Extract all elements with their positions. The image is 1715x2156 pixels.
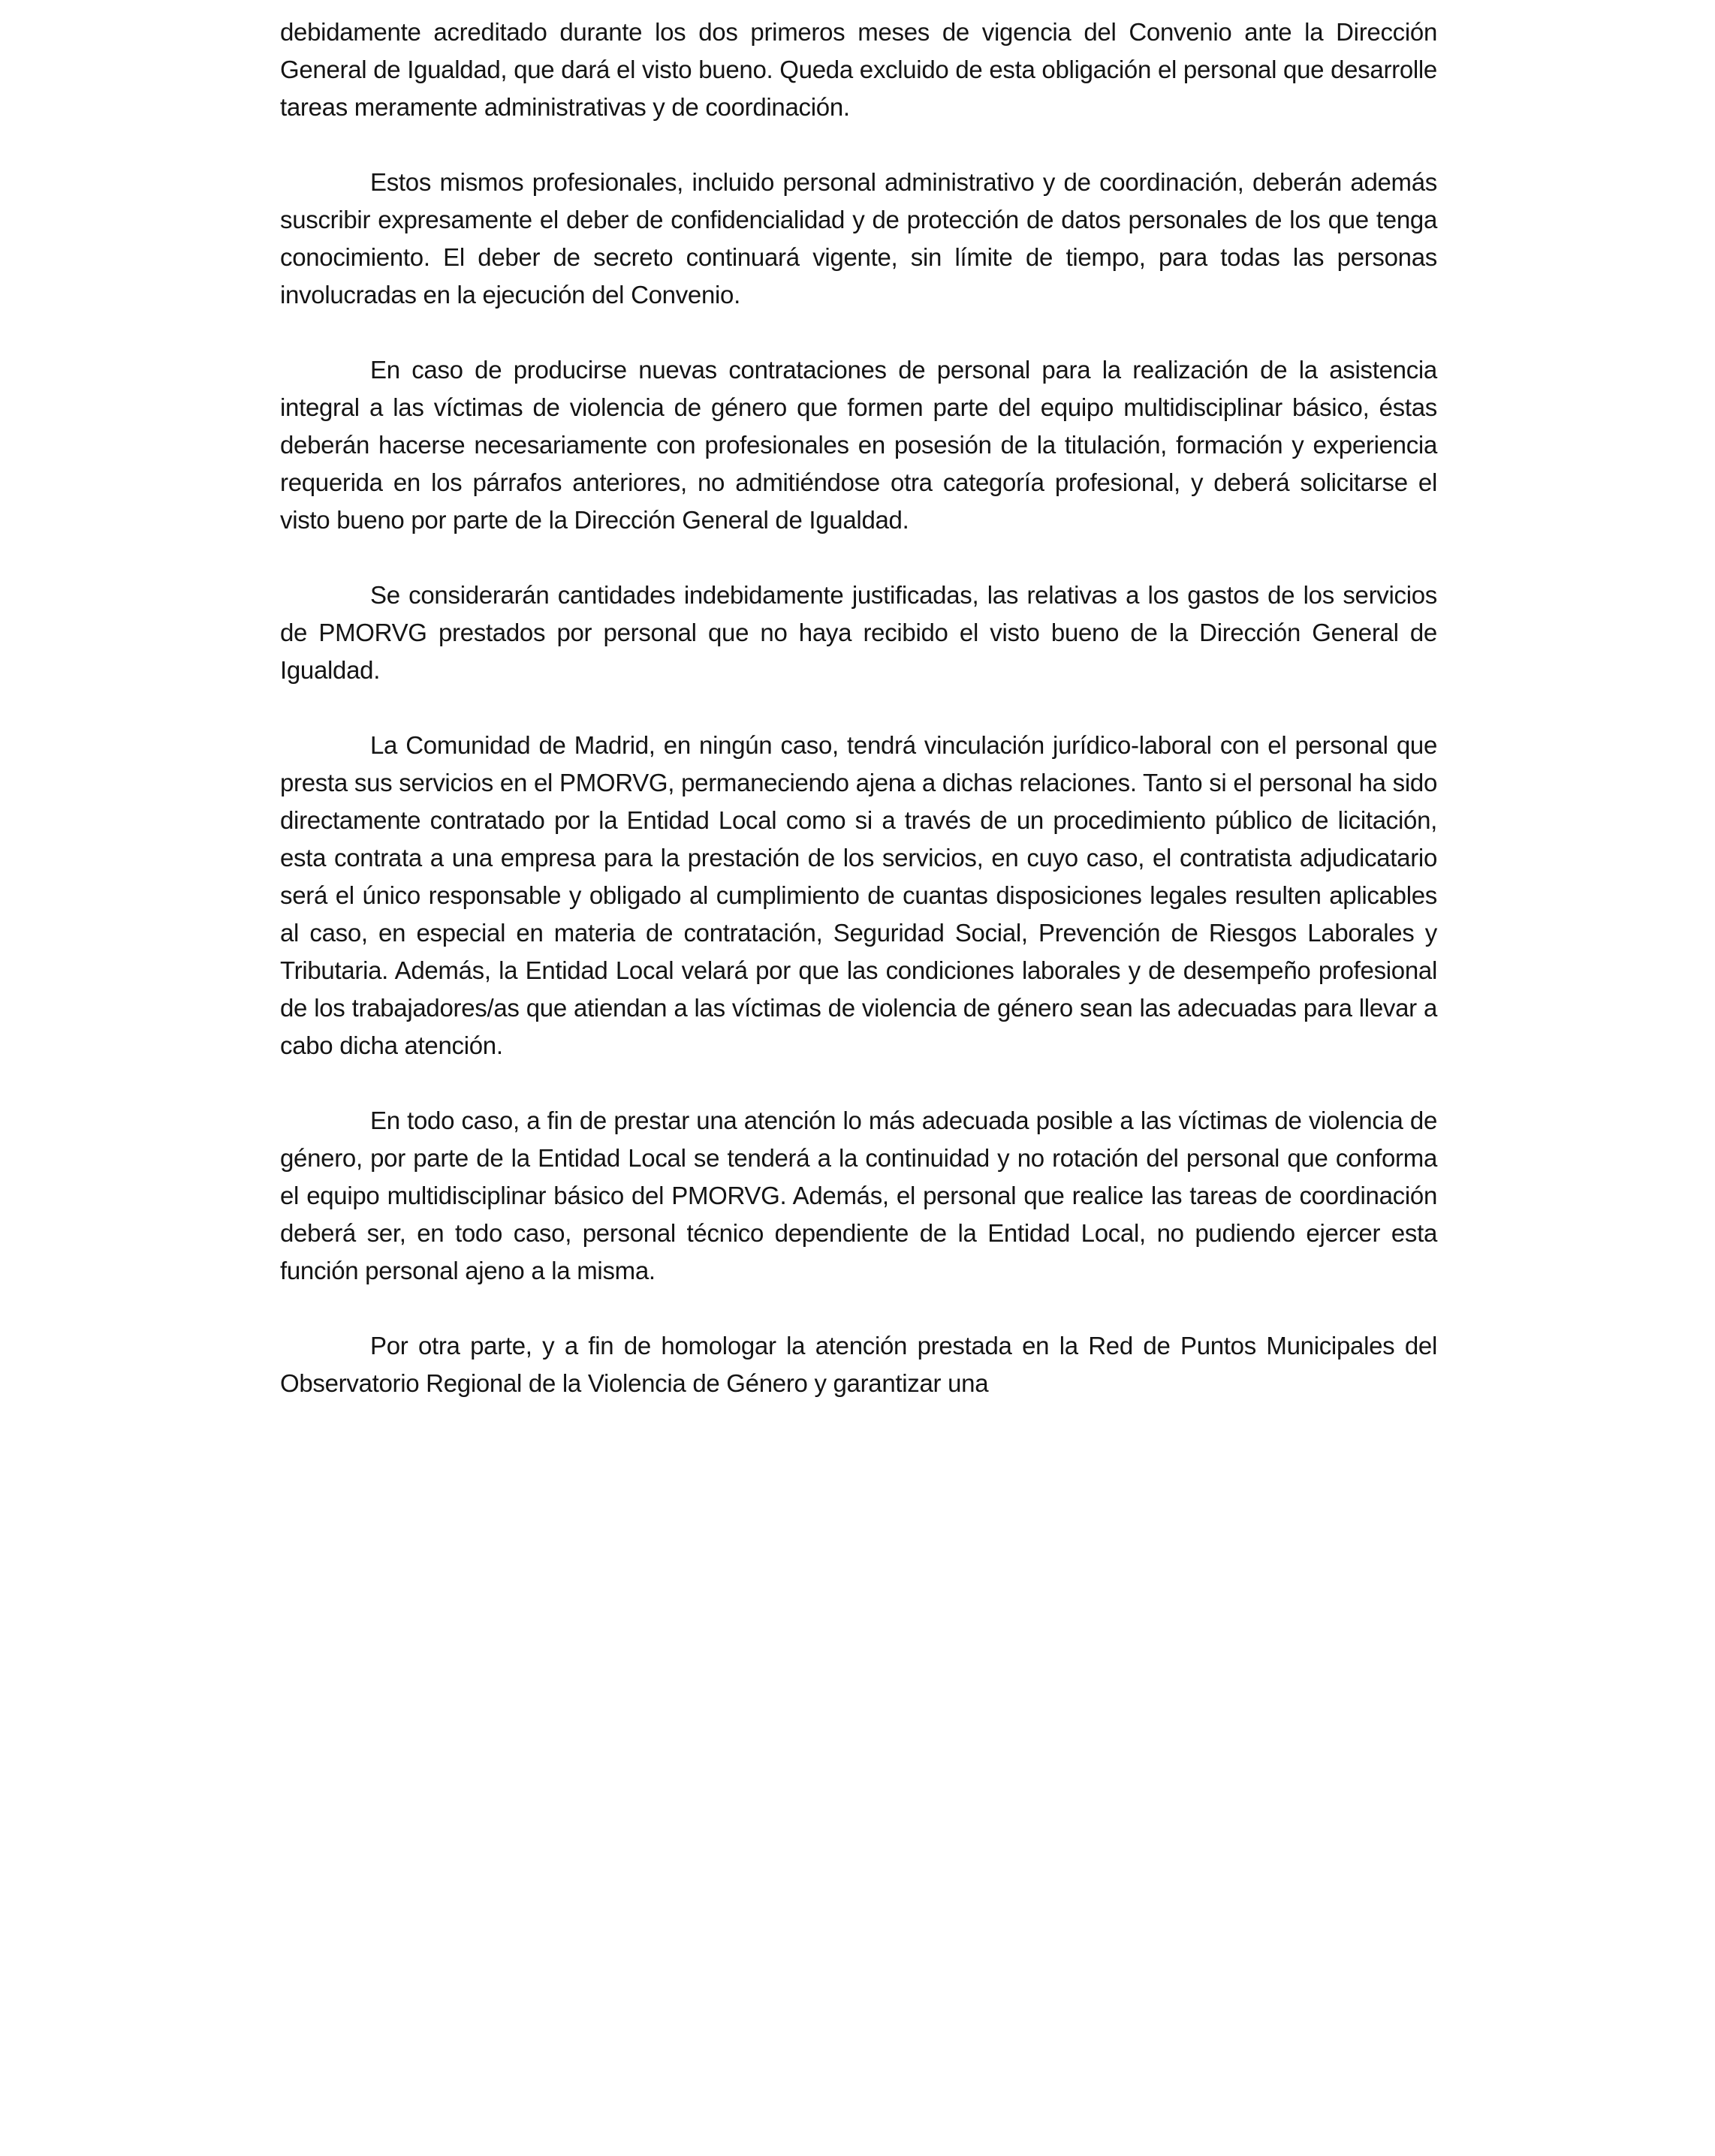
document-page: debidamente acreditado durante los dos p… — [0, 0, 1715, 2156]
paragraph-3: En caso de producirse nuevas contratacio… — [280, 351, 1437, 539]
document-screenshot: { "page": { "background_color": "#ffffff… — [0, 0, 1715, 2156]
paragraph-7: Por otra parte, y a fin de homologar la … — [280, 1327, 1437, 1402]
paragraph-6: En todo caso, a fin de prestar una atenc… — [280, 1102, 1437, 1290]
paragraph-5: La Comunidad de Madrid, en ningún caso, … — [280, 727, 1437, 1064]
paragraph-2: Estos mismos profesionales, incluido per… — [280, 164, 1437, 314]
paragraph-1: debidamente acreditado durante los dos p… — [280, 14, 1437, 126]
text-block: debidamente acreditado durante los dos p… — [280, 14, 1437, 1440]
paragraph-4: Se considerarán cantidades indebidamente… — [280, 577, 1437, 689]
